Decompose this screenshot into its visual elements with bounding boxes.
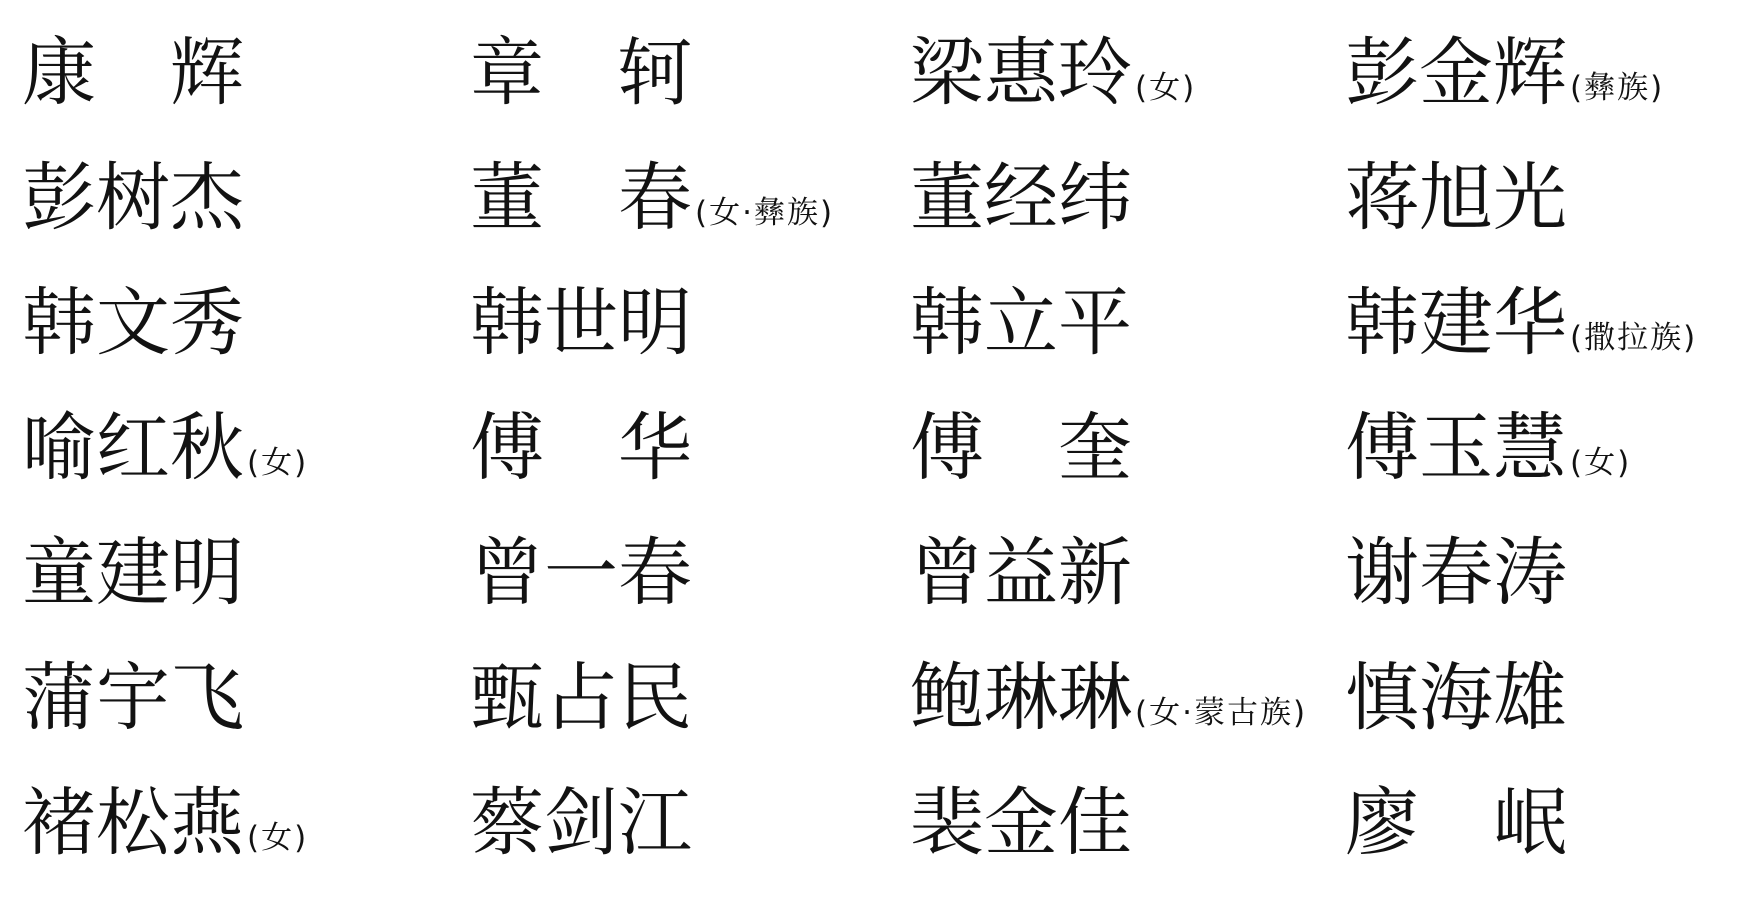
person-name: 曾一春 [470,530,692,616]
name-entry: 彭金辉(彝族) [1345,36,1747,110]
gender-ethnicity-note: (女·彝族) [695,195,834,231]
name-list: 康 辉 章 轲 梁惠玲(女) 彭金辉(彝族) 彭树杰 董 春(女·彝族) 董经纬… [0,0,1747,885]
person-name: 韩文秀 [22,280,244,366]
person-name: 谢春涛 [1345,530,1567,616]
name-entry: 裴金佳 [910,786,1345,860]
name-entry: 谢春涛 [1345,536,1747,610]
person-name: 裴金佳 [910,780,1132,866]
name-entry: 韩世明 [470,286,910,360]
name-entry: 童建明 [22,536,470,610]
person-name: 鲍琳琳 [910,655,1132,741]
name-entry: 蔡剑江 [470,786,910,860]
person-name: 曾益新 [910,530,1132,616]
person-name: 韩世明 [470,280,692,366]
person-name: 傅 奎 [910,405,1132,491]
gender-ethnicity-note: (女) [247,445,308,481]
person-name: 廖 岷 [1345,780,1567,866]
gender-ethnicity-note: (女·蒙古族) [1135,695,1307,731]
person-name: 傅玉慧 [1345,405,1567,491]
person-name: 甄占民 [470,655,692,741]
gender-ethnicity-note: (撒拉族) [1570,320,1697,356]
name-entry: 梁惠玲(女) [910,36,1345,110]
person-name: 董经纬 [910,155,1132,241]
name-entry: 廖 岷 [1345,786,1747,860]
name-entry: 曾一春 [470,536,910,610]
gender-ethnicity-note: (彝族) [1570,70,1664,106]
name-entry: 喻红秋(女) [22,411,470,485]
person-name: 蒲宇飞 [22,655,244,741]
name-entry: 韩文秀 [22,286,470,360]
gender-ethnicity-note: (女) [247,820,308,856]
person-name: 韩建华 [1345,280,1567,366]
gender-ethnicity-note: (女) [1570,445,1631,481]
person-name: 慎海雄 [1345,655,1567,741]
name-entry: 董 春(女·彝族) [470,161,910,235]
name-entry: 韩立平 [910,286,1345,360]
person-name: 喻红秋 [22,405,244,491]
person-name: 梁惠玲 [910,30,1132,116]
name-entry: 康 辉 [22,36,470,110]
name-entry: 曾益新 [910,536,1345,610]
name-entry: 褚松燕(女) [22,786,470,860]
name-entry: 傅 华 [470,411,910,485]
person-name: 彭金辉 [1345,30,1567,116]
gender-ethnicity-note: (女) [1135,70,1196,106]
person-name: 章 轲 [470,30,692,116]
name-entry: 韩建华(撒拉族) [1345,286,1747,360]
name-entry: 蒋旭光 [1345,161,1747,235]
person-name: 蒋旭光 [1345,155,1567,241]
name-entry: 傅 奎 [910,411,1345,485]
person-name: 蔡剑江 [470,780,692,866]
person-name: 童建明 [22,530,244,616]
person-name: 康 辉 [22,30,244,116]
person-name: 彭树杰 [22,155,244,241]
name-entry: 彭树杰 [22,161,470,235]
person-name: 褚松燕 [22,780,244,866]
person-name: 傅 华 [470,405,692,491]
name-entry: 蒲宇飞 [22,661,470,735]
name-entry: 董经纬 [910,161,1345,235]
name-entry: 慎海雄 [1345,661,1747,735]
name-entry: 章 轲 [470,36,910,110]
name-entry: 甄占民 [470,661,910,735]
person-name: 董 春 [470,155,692,241]
person-name: 韩立平 [910,280,1132,366]
name-entry: 鲍琳琳(女·蒙古族) [910,661,1345,735]
name-entry: 傅玉慧(女) [1345,411,1747,485]
